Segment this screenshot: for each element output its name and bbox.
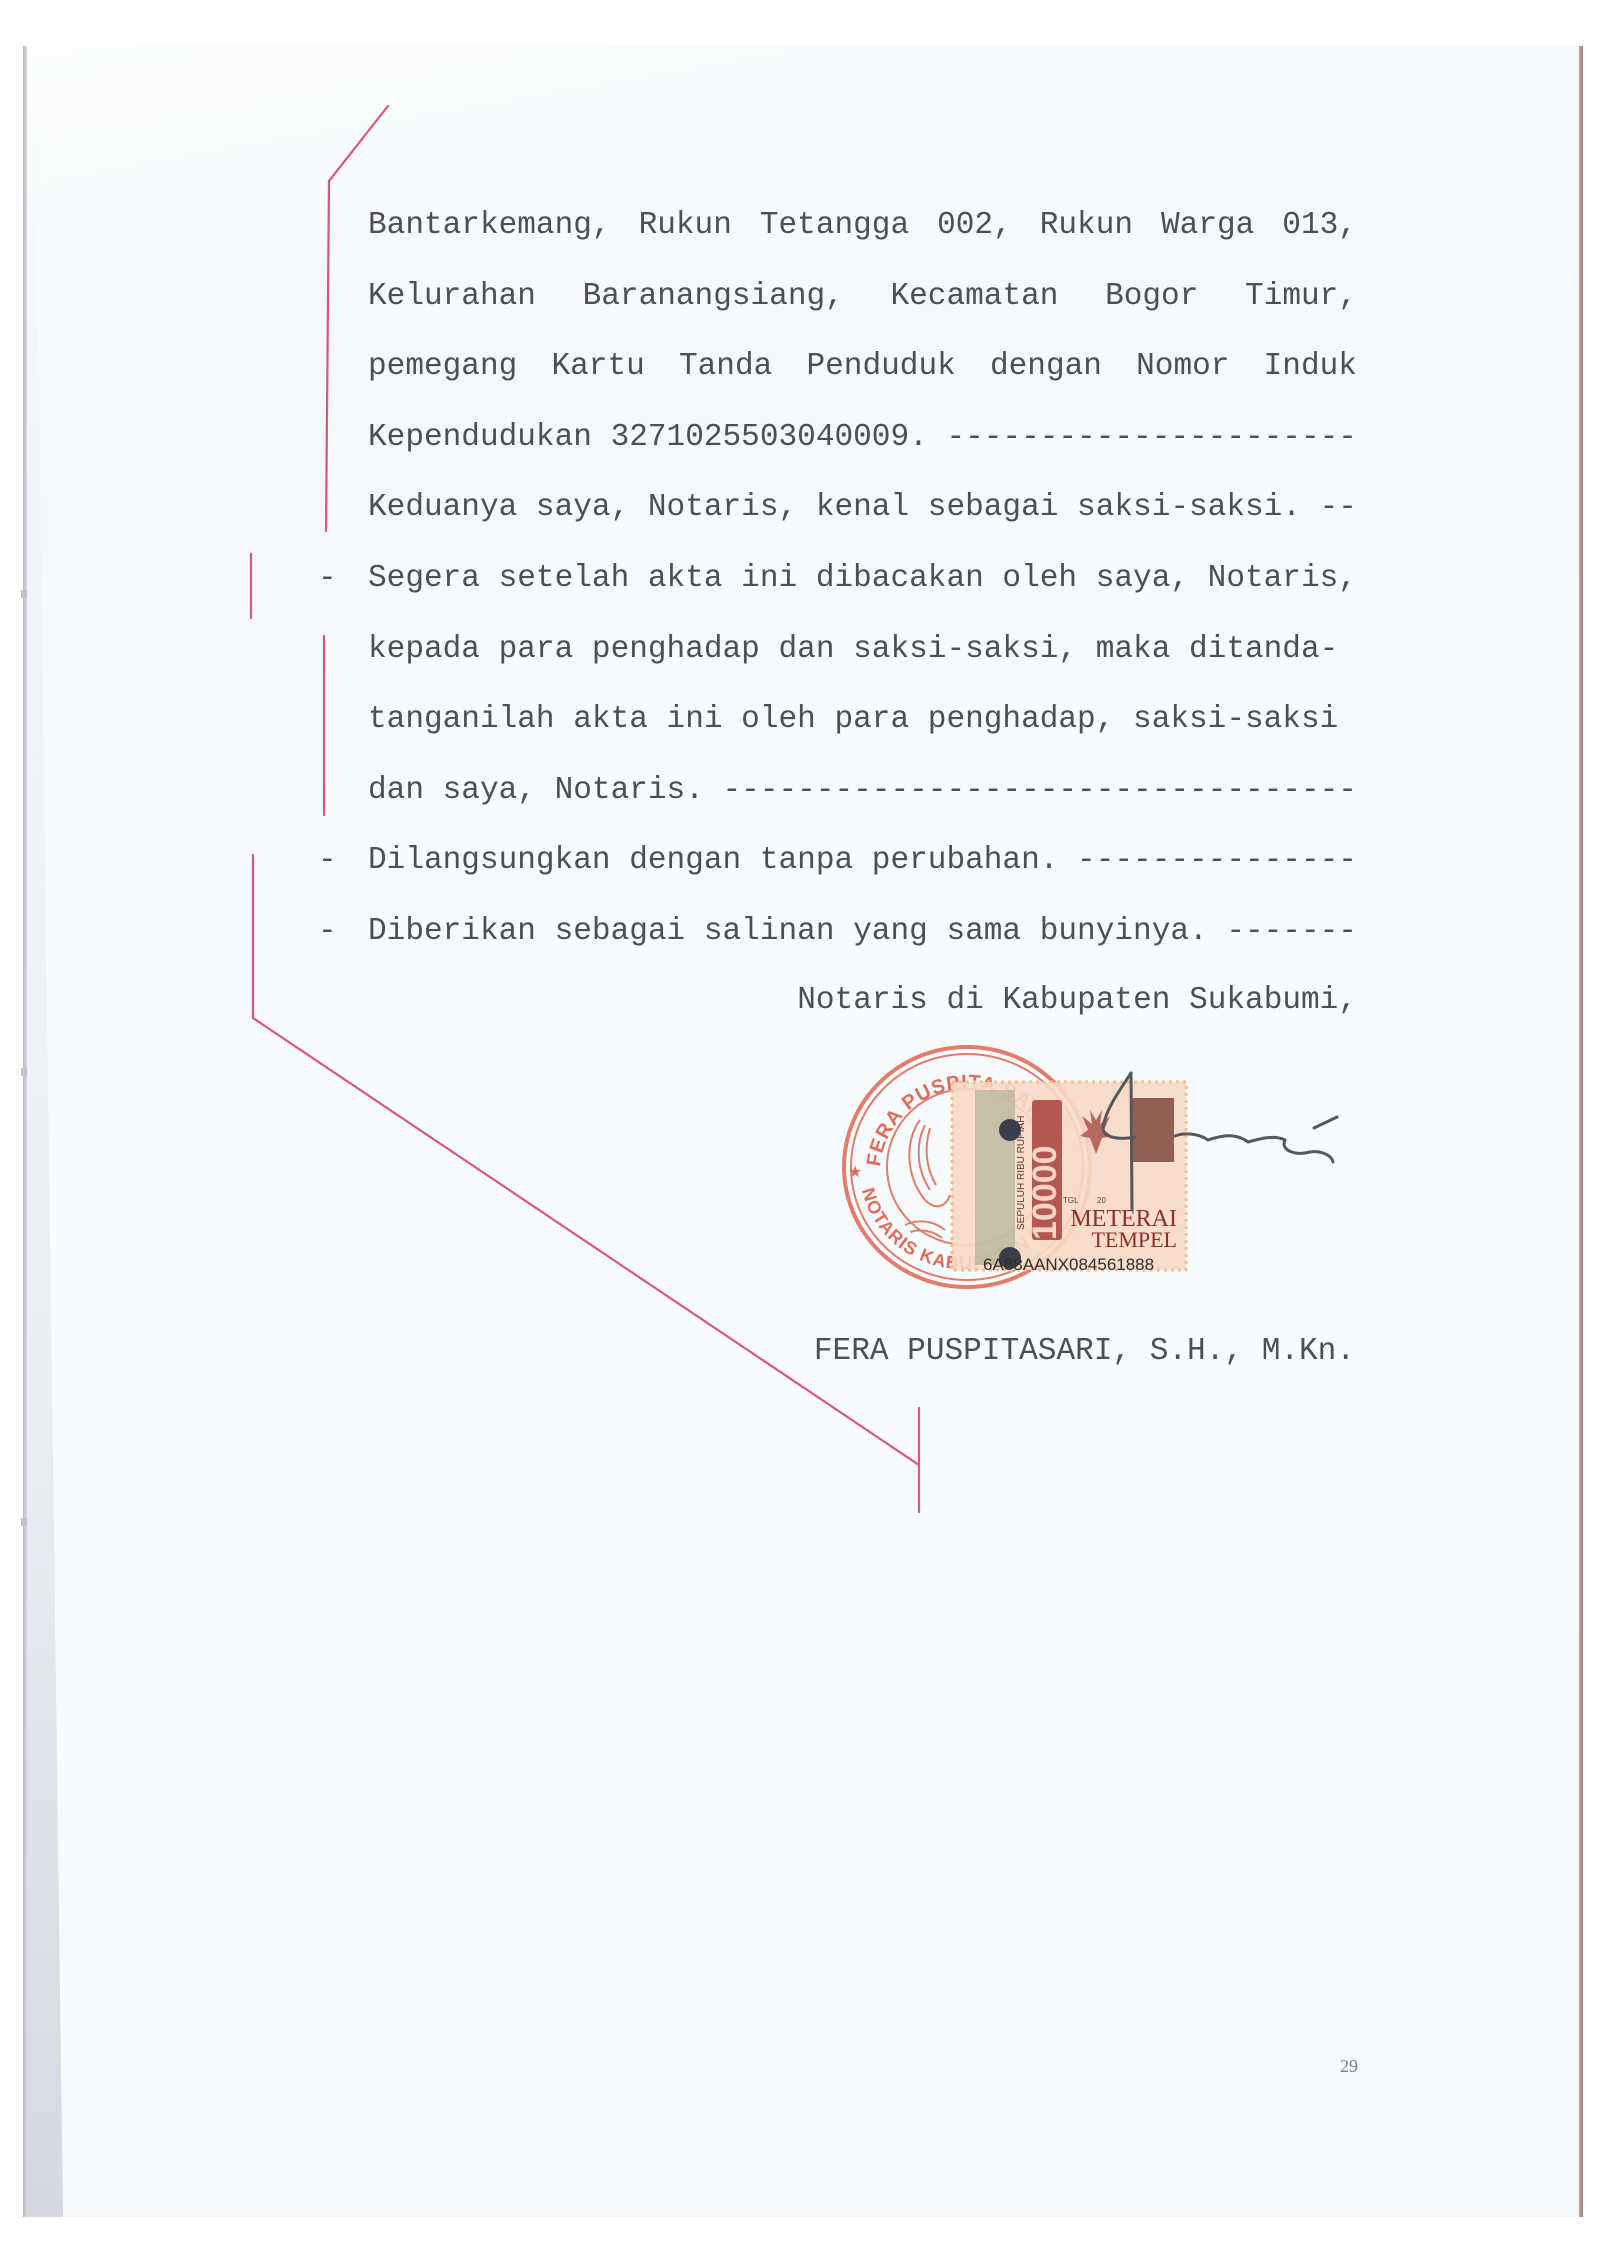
signatory-name: FERA PUSPITASARI, S.H., M.Kn.	[814, 1336, 1355, 1367]
stamp-title-tempel: TEMPEL	[1091, 1227, 1177, 1252]
garuda-emblem-icon	[905, 1120, 950, 1238]
stamp-date-label: TGL	[1063, 1196, 1079, 1205]
svg-text:FERA PUSPITA SARI, S.H.: FERA PUSPITA SARI, S.H.	[0, 0, 1068, 1168]
page-number: 29	[1340, 2056, 1358, 2077]
seal-bottom-text: NOTARIS KABUPATEN SUKABUMI	[0, 0, 1056, 1273]
svg-text:NOTARIS KABUPATEN SUKABUMI: NOTARIS KABUPATEN SUKABUMI	[0, 0, 1056, 1273]
seal-and-stamp: FERA PUSPITA SARI, S.H. NOTARIS KABUPATE…	[0, 0, 1600, 2264]
revenue-stamp: 10000 SEPULUH RIBU RUPIAH TGL 20 METERAI…	[952, 1082, 1186, 1274]
seal-top-text: FERA PUSPITA SARI, S.H.	[0, 0, 1068, 1168]
stamp-year-label: 20	[1097, 1196, 1106, 1205]
notary-seal: FERA PUSPITA SARI, S.H. NOTARIS KABUPATE…	[0, 0, 1090, 1287]
stamp-value: 10000	[1026, 1145, 1064, 1240]
seal-star-icon: ★	[848, 1162, 862, 1181]
stamp-serial-number: 6A88AANX084561888	[983, 1255, 1154, 1274]
